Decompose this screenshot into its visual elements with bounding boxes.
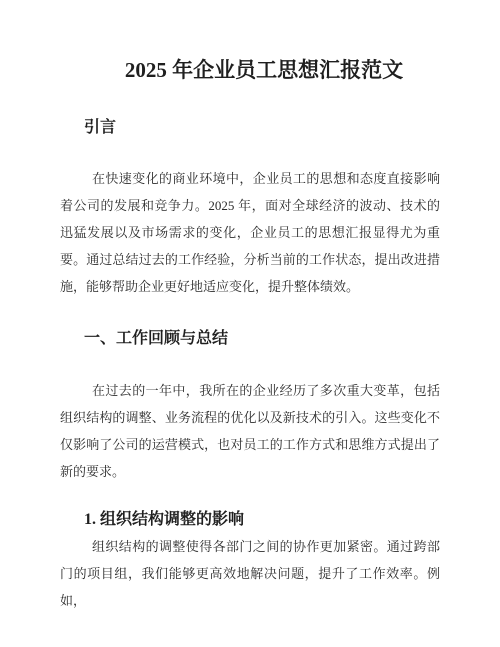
subsection-heading-org-structure: 1. 组织结构调整的影响	[60, 506, 440, 533]
document-title: 2025 年企业员工思想汇报范文	[60, 57, 440, 84]
section-heading-work-review: 一、工作回顾与总结	[60, 325, 440, 352]
paragraph-introduction: 在快速变化的商业环境中，企业员工的思想和态度直接影响着公司的发展和竞争力。202…	[60, 165, 440, 300]
paragraph-org-structure: 组织结构的调整使得各部门之间的协作更加紧密。通过跨部门的项目组，我们能够更高效地…	[60, 533, 440, 614]
document-page: 2025 年企业员工思想汇报范文 引言 在快速变化的商业环境中，企业员工的思想和…	[0, 0, 500, 647]
section-heading-introduction: 引言	[60, 114, 440, 141]
paragraph-work-review: 在过去的一年中，我所在的企业经历了多次重大变革，包括组织结构的调整、业务流程的优…	[60, 377, 440, 485]
